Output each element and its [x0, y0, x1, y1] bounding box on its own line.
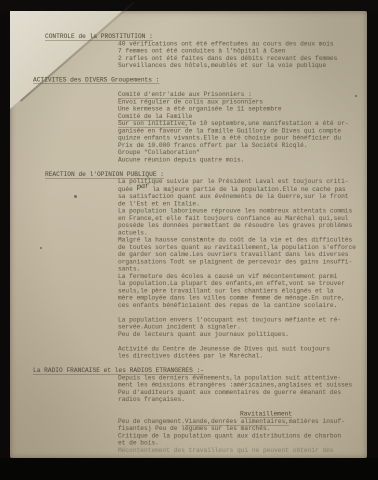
- document-line: sa satisfaction quant aux événements de …: [118, 193, 367, 200]
- handwritten-annotation: par: [136, 182, 149, 191]
- document-line: quée par la majeure partie de la populat…: [118, 185, 367, 193]
- document-content: CONTROLE de la PROSTITUTION :40 vérifica…: [10, 11, 367, 454]
- document-line: La population envers l'occupant est touj…: [118, 316, 367, 323]
- text-segment: possède les données permettant de résoud…: [118, 222, 352, 229]
- text-segment: quinze enfants vivants.Elle a été choisi…: [118, 135, 341, 142]
- document-line: de toutes sortes quant au ravitaillement…: [118, 244, 367, 251]
- text-segment: Activité du Centre de Jeunesse de Dives …: [118, 345, 330, 352]
- text-segment: Peu de lecteurs quant aux journaux polit…: [118, 331, 289, 338]
- document-line: possède les données permettant de résoud…: [118, 222, 367, 229]
- text-segment: sants.: [118, 266, 140, 273]
- text-segment: la majeure partie de la population.Elle …: [149, 186, 346, 193]
- section-heading: La RADIO FRANCAISE et les RADIOS ETRANGE…: [33, 367, 367, 374]
- document-line: Comité d'entr'aide aux Prisonniers :: [118, 91, 367, 98]
- text-segment: les directives dictées par le Maréchal.: [118, 353, 263, 360]
- text-segment: actuels.: [118, 229, 148, 236]
- document-section: CONTROLE de la PROSTITUTION :40 vérifica…: [10, 33, 367, 77]
- paper: CONTROLE de la PROSTITUTION :40 vérifica…: [10, 11, 367, 458]
- document-line: ces enfants bénéficiaient des repas de l…: [118, 302, 367, 309]
- section-heading: ACTIVITES des DIVERS Groupements :: [33, 77, 367, 84]
- document-line: sants.: [118, 266, 367, 273]
- document-line: Envoi régulier de colis aux prisonniers: [118, 98, 367, 105]
- document-line: Comité de la Famille: [118, 113, 367, 120]
- text-segment: Ravitaillement: [240, 411, 292, 419]
- document-line: radios françaises.: [118, 396, 367, 403]
- document-line: mère employée dans les villes comme femm…: [118, 295, 367, 302]
- document-section: RavitaillementPeu de changement.Viande,d…: [10, 411, 367, 455]
- text-segment: Peu d'auditeurs quant aux commentaires d…: [118, 389, 341, 396]
- document-line: de l'Est et en Italie.: [118, 200, 367, 207]
- text-segment: Mécontentement des travailleurs qui ne p…: [118, 447, 334, 454]
- text-segment: et de bois.: [118, 440, 159, 447]
- document-line: Surveillances des hôtels,meublés et sur …: [118, 62, 367, 69]
- text-segment: 7 femmes ont été conduites à l'hôpital à…: [118, 48, 285, 55]
- document-line: 2 rafles ont été faites dans des débits …: [118, 55, 367, 62]
- text-segment: mère employée dans les villes comme femm…: [118, 295, 345, 302]
- document-line: 40 vérifications ont été effectuées au c…: [118, 40, 367, 47]
- text-segment: Une kermesse a été organisée le 11 septe…: [118, 106, 282, 113]
- document-line: La politique suivie par le Président Lav…: [118, 178, 367, 185]
- text-segment: ACTIVITES des DIVERS Groupements :: [33, 77, 159, 85]
- document-line: Depuis les derniers événements,la popula…: [118, 374, 367, 381]
- document-line: fisantes) Peu de légumes sur les marchés…: [118, 425, 367, 432]
- document-line: actuels.: [118, 229, 367, 236]
- document-line: Sur son initiative,le 10 septembre,une m…: [118, 120, 367, 127]
- text-segment: ganisée en faveur de la famille Guillory…: [118, 127, 341, 134]
- text-segment: ces enfants bénéficiaient des repas de l…: [118, 302, 337, 309]
- text-segment: La fermeture des écoles a causé un vif m…: [118, 273, 337, 280]
- text-segment: 2 rafles ont été faites dans des débits …: [118, 55, 337, 62]
- document-line: et de bois.: [118, 440, 367, 447]
- text-segment: La population envers l'occupant est touj…: [118, 316, 341, 323]
- text-segment: Depuis les derniers événements,la popula…: [118, 374, 341, 381]
- document-line: quinze enfants vivants.Elle a été choisi…: [118, 135, 367, 142]
- document-line: les directives dictées par le Maréchal.: [118, 353, 367, 360]
- document-line: Une kermesse a été organisée le 11 septe…: [118, 106, 367, 113]
- document-section: ACTIVITES des DIVERS Groupements : Comit…: [10, 77, 367, 171]
- text-segment: Peu de changement.: [118, 418, 185, 425]
- document-line: Critique de la population quant aux dist…: [118, 432, 367, 439]
- text-segment: Groupe "Collaboration": [118, 149, 200, 156]
- document-line: Peu d'auditeurs quant aux commentaires d…: [118, 389, 367, 396]
- section-heading: REACTION de l'OPINION PUBLIQUE :: [45, 171, 367, 178]
- text-segment: Envoi régulier de colis aux prisonniers: [118, 98, 263, 105]
- text-segment: en France,et elle fait toujours confianc…: [118, 215, 349, 222]
- text-segment: de l'Est et en Italie.: [118, 200, 200, 207]
- text-segment: Aucune réunion depuis quatre mois.: [118, 156, 244, 163]
- document-section: La RADIO FRANCAISE et les RADIOS ETRANGE…: [10, 367, 367, 411]
- document-line: Mécontentement des travailleurs qui ne p…: [118, 447, 367, 454]
- section-heading: Ravitaillement: [240, 411, 367, 418]
- section-heading: CONTROLE de la PROSTITUTION :: [45, 33, 367, 40]
- document-line: Prix de 10.000 francs offert par la Soci…: [118, 142, 367, 149]
- document-section: REACTION de l'OPINION PUBLIQUE :La polit…: [10, 171, 367, 367]
- text-segment: seuls,le père travaillant sur les chanti…: [118, 287, 334, 294]
- document-line: la population.La plupart des enfants,en …: [118, 280, 367, 287]
- scanner-frame-bottom: [0, 458, 378, 480]
- document-line: La population laborieuse réprouve les no…: [118, 208, 367, 215]
- text-segment: La politique suivie par le Président Lav…: [118, 178, 349, 185]
- text-segment: la population.La plupart des enfants,en …: [118, 280, 345, 287]
- text-segment: matières insuf-: [289, 418, 345, 425]
- text-segment: organisations Todt se plaignent de perce…: [118, 258, 352, 265]
- text-segment: Prix de 10.000 francs offert par la Soci…: [118, 142, 308, 149]
- document-line: de garder son calme.Les ouvriers travail…: [118, 251, 367, 258]
- text-segment: La population laborieuse réprouve les no…: [118, 208, 352, 215]
- text-segment: fisantes) Peu de légumes sur les marchés…: [118, 425, 270, 432]
- document-line: Peu de changement.Viande,denrées aliment…: [118, 418, 367, 425]
- document-line: Activité du Centre de Jeunesse de Dives …: [118, 345, 367, 352]
- text-segment: de garder son calme.Les ouvriers travail…: [118, 251, 349, 258]
- text-segment: ment les émissions étrangères :américain…: [118, 382, 352, 389]
- document-line: en France,et elle fait toujours confianc…: [118, 215, 367, 222]
- document-line: seuls,le père travaillant sur les chanti…: [118, 287, 367, 294]
- document-line: Groupe "Collaboration": [118, 149, 367, 156]
- scanned-document: CONTROLE de la PROSTITUTION :40 vérifica…: [0, 0, 378, 480]
- text-segment: quée: [118, 186, 137, 193]
- document-line: organisations Todt se plaignent de perce…: [118, 258, 367, 265]
- text-segment: Malgré la hausse constante du coût de la…: [118, 237, 352, 244]
- text-segment: le 10 septembre,une manifestation a été …: [189, 120, 349, 127]
- text-segment: Surveillances des hôtels,meublés et sur …: [118, 62, 326, 69]
- document-line: Malgré la hausse constante du coût de la…: [118, 237, 367, 244]
- text-segment: sa satisfaction quant aux événements de …: [118, 193, 349, 200]
- text-segment: 40 vérifications ont été effectuées au c…: [118, 40, 334, 47]
- document-line: La fermeture des écoles a causé un vif m…: [118, 273, 367, 280]
- document-line: Aucune réunion depuis quatre mois.: [118, 156, 367, 163]
- document-line: Peu de lecteurs quant aux journaux polit…: [118, 331, 367, 338]
- document-line: ganisée en faveur de la famille Guillory…: [118, 127, 367, 134]
- text-segment: Critique de la population quant aux dist…: [118, 432, 341, 439]
- document-line: ment les émissions étrangères :américain…: [118, 382, 367, 389]
- scanner-frame-top: [0, 0, 378, 11]
- text-segment: de toutes sortes quant au ravitaillement…: [118, 244, 356, 251]
- document-line: 7 femmes ont été conduites à l'hôpital à…: [118, 48, 367, 55]
- text-segment: servée.Aucun incident à signaler.: [118, 324, 241, 331]
- document-line: servée.Aucun incident à signaler.: [118, 324, 367, 331]
- text-segment: radios françaises.: [118, 396, 185, 403]
